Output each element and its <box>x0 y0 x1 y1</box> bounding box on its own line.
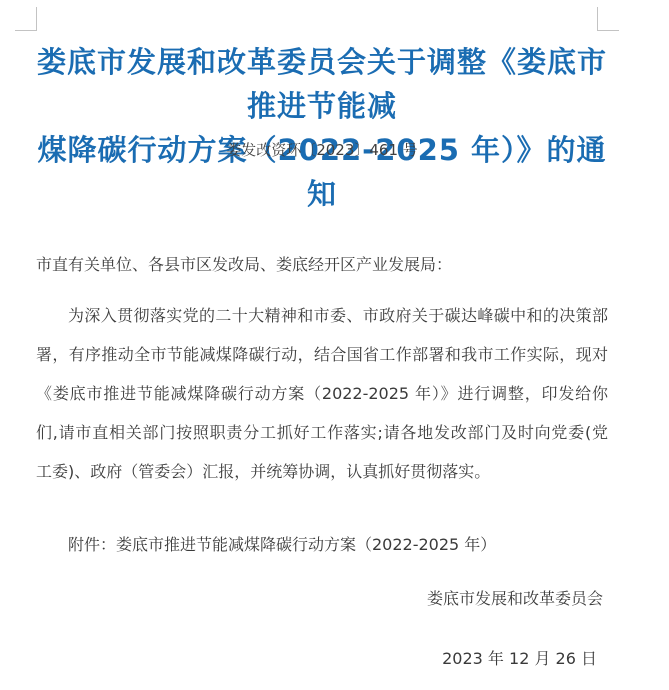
addressee-line: 市直有关单位、各县市区发改局、娄底经开区产业发展局： <box>36 252 608 275</box>
paragraph-line: 《娄底市推进节能减煤降碳行动方案（2022-2025 年）》进行调整，印发给你 <box>36 374 608 413</box>
paragraph-line: 工委)、政府（管委会）汇报，并统筹协调，认真抓好贯彻落实。 <box>36 452 608 491</box>
body-paragraph: 为深入贯彻落实党的二十大精神和市委、市政府关于碳达峰碳中和的决策部 署，有序推动… <box>36 296 608 491</box>
paragraph-line: 署，有序推动全市节能减煤降碳行动，结合国省工作部署和我市工作实际，现对 <box>36 335 608 374</box>
notice-document-page: 娄底市发展和改革委员会关于调整《娄底市推进节能减 煤降碳行动方案（2022-20… <box>0 0 669 690</box>
document-title: 娄底市发展和改革委员会关于调整《娄底市推进节能减 煤降碳行动方案（2022-20… <box>36 40 608 216</box>
document-number: 娄发改资环〔2023〕461 号 <box>36 139 608 160</box>
issuing-authority-signature: 娄底市发展和改革委员会 <box>36 586 608 609</box>
paragraph-line: 为深入贯彻落实党的二十大精神和市委、市政府关于碳达峰碳中和的决策部 <box>36 296 608 335</box>
issue-date: 2023 年 12 月 26 日 <box>36 646 608 669</box>
attachment-line: 附件：娄底市推进节能减煤降碳行动方案（2022-2025 年） <box>36 532 608 555</box>
text-boundary-mark-top-right <box>597 7 619 31</box>
paragraph-line: 们,请市直相关部门按照职责分工抓好工作落实;请各地发改部门及时向党委(党 <box>36 413 608 452</box>
document-title-line-1: 娄底市发展和改革委员会关于调整《娄底市推进节能减 <box>36 40 608 128</box>
text-boundary-mark-top-left <box>15 7 37 31</box>
